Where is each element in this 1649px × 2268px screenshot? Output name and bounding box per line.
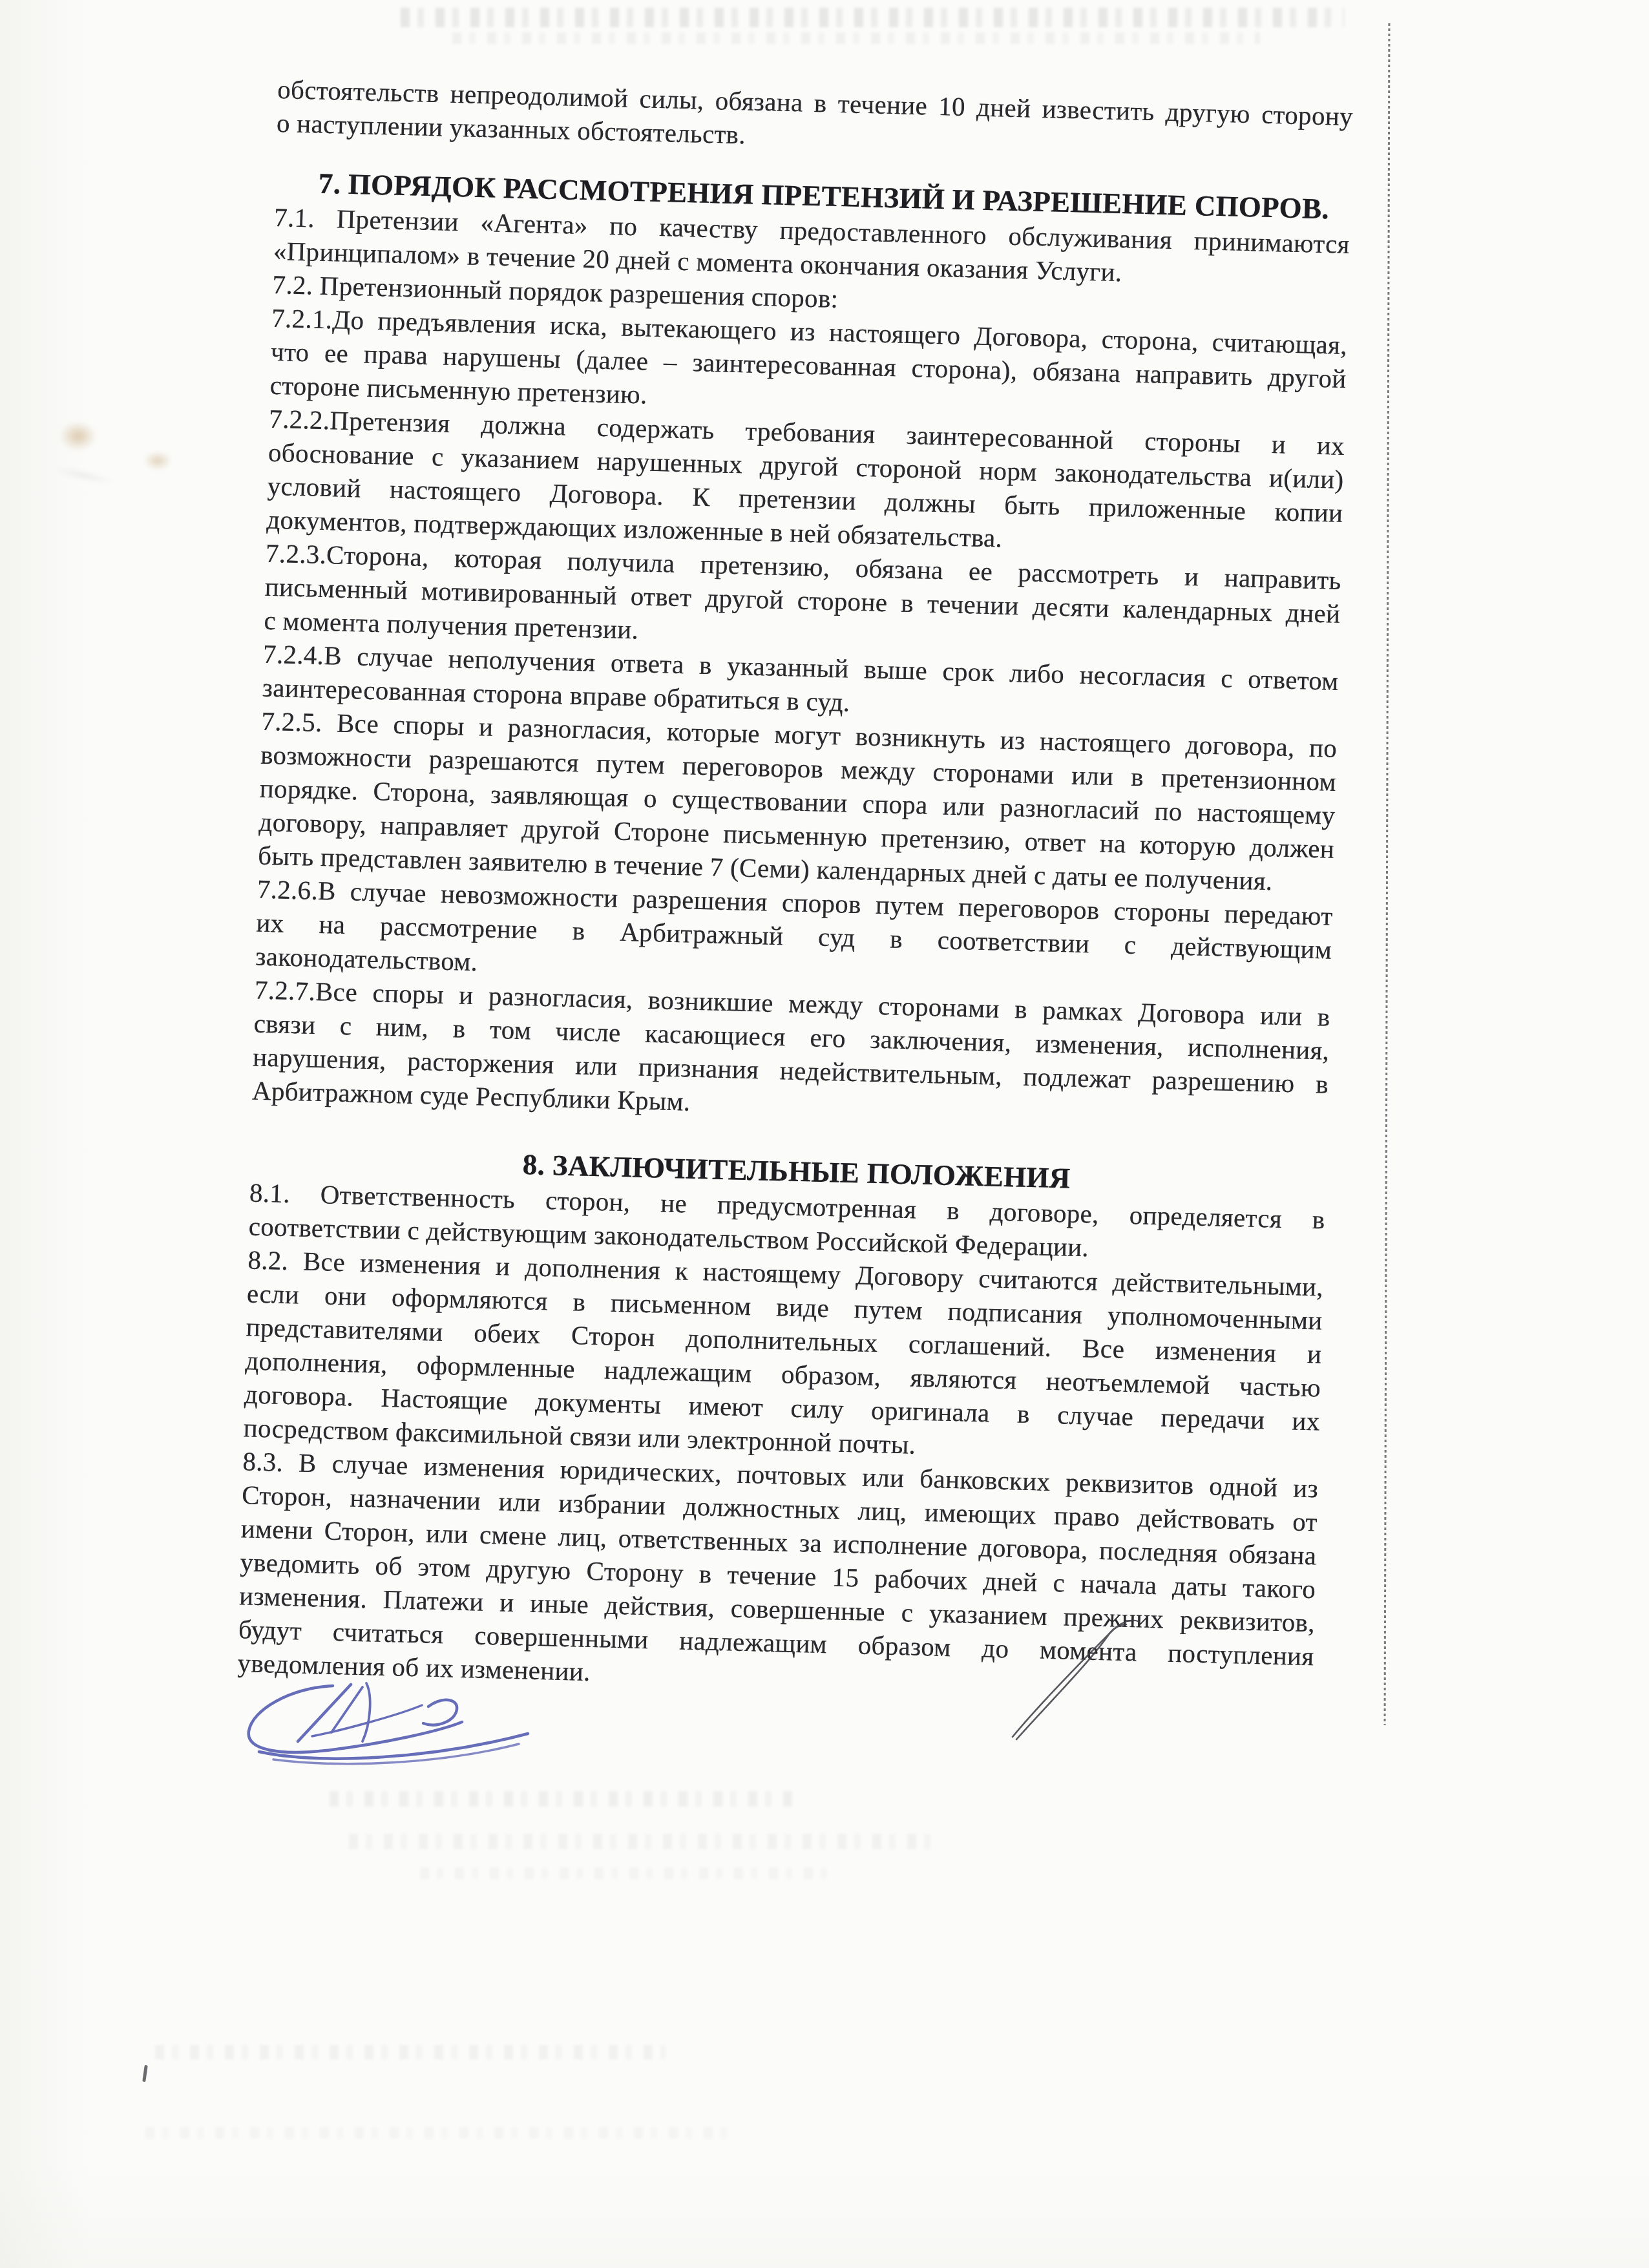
clause-8-3: 8.3. В случае изменения юридических, поч… <box>237 1444 1319 1706</box>
clause-8-2: 8.2. Все изменения и дополнения к настоя… <box>243 1243 1323 1471</box>
handwritten-pen-stroke-dark <box>998 1610 1153 1746</box>
ghost-bleedthrough-text-bottom-2 <box>145 2127 727 2139</box>
clause-7-2-7: 7.2.7.Все споры и разногласия, возникшие… <box>251 973 1330 1135</box>
ghost-bleedthrough-text-bottom <box>155 2045 666 2059</box>
scan-edge-dotted-line <box>1384 23 1391 1725</box>
paper-smudge-3 <box>51 464 116 487</box>
stray-ink-mark <box>142 2065 148 2082</box>
paper-smudge-2 <box>143 451 172 470</box>
ghost-bleedthrough-text-middle-3 <box>420 1867 834 1879</box>
ghost-bleedthrough-text-top <box>401 8 1344 27</box>
ghost-bleedthrough-text-middle-2 <box>349 1834 937 1849</box>
ghost-bleedthrough-text-middle <box>330 1791 795 1807</box>
ghost-bleedthrough-text-top-2 <box>452 32 1260 44</box>
scanned-contract-page: обстоятельств непреодолимой силы, обязан… <box>0 0 1649 2268</box>
clause-7-2-5: 7.2.5. Все споры и разногласия, которые … <box>258 704 1338 899</box>
document-text: обстоятельств непреодолимой силы, обязан… <box>237 72 1353 1706</box>
clause-7-2-2: 7.2.2.Претензия должна содержать требова… <box>266 402 1345 563</box>
paper-smudge <box>59 421 97 451</box>
handwritten-signature-blue-ink <box>236 1669 540 1766</box>
intro-paragraph: обстоятельств непреодолимой силы, обязан… <box>276 72 1353 167</box>
